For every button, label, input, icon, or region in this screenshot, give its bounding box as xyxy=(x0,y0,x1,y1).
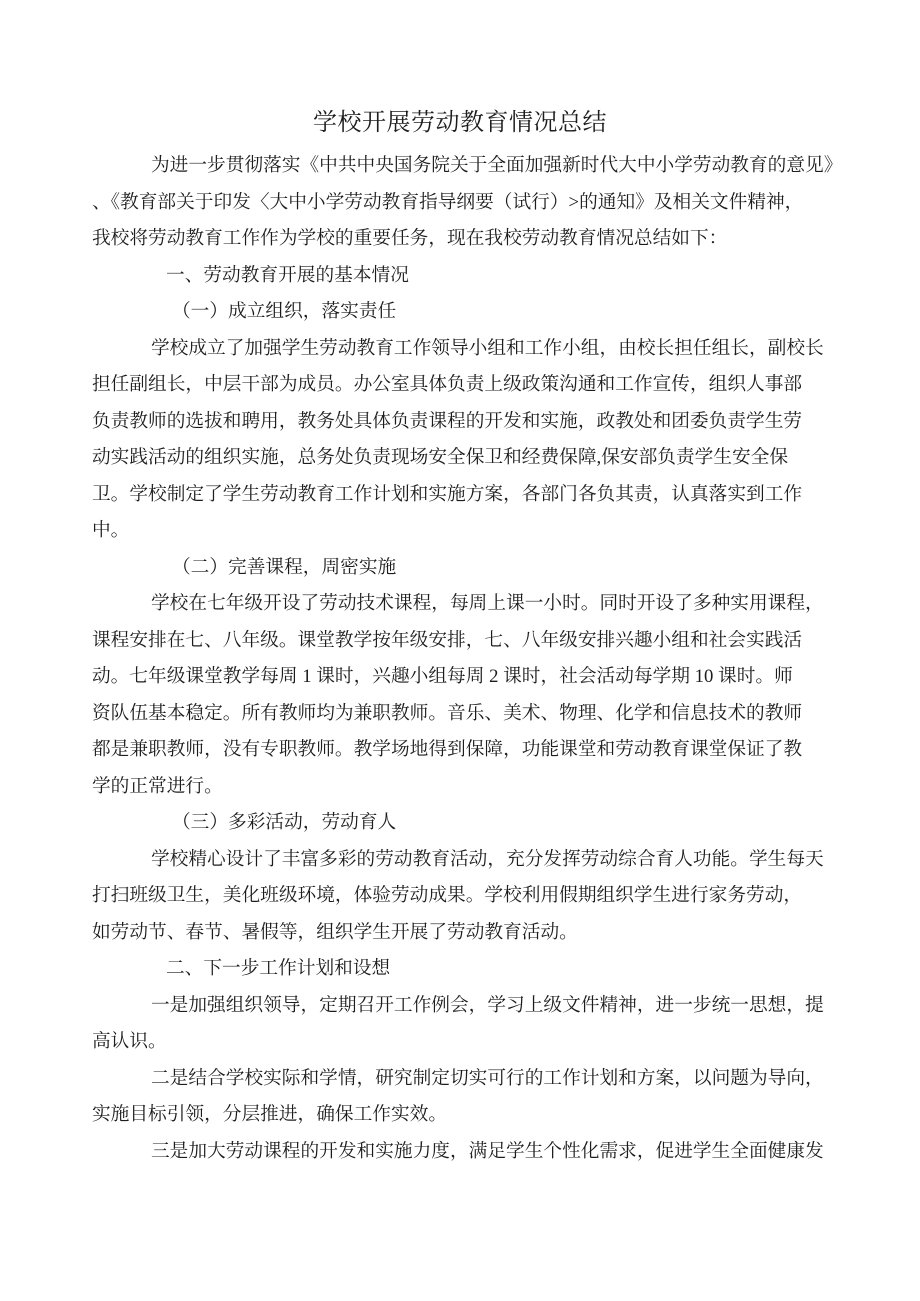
document-line: 学校成立了加强学生劳动教育工作领导小组和工作小组，由校长担任组长，副校长 xyxy=(92,331,821,368)
document-line: 如劳动节、春节、暑假等，组织学生开展了劳动教育活动。 xyxy=(92,915,821,952)
document-line: 二是结合学校实际和学情，研究制定切实可行的工作计划和方案，以问题为导向， xyxy=(92,1061,821,1098)
document-line: 动实践活动的组织实施，总务处负责现场安全保卫和经费保障,保安部负责学生安全保 xyxy=(92,440,821,477)
document-line: 实施目标引领，分层推进，确保工作实效。 xyxy=(92,1097,821,1134)
document-line: 中。 xyxy=(92,513,821,550)
document-line: 学校在七年级开设了劳动技术课程，每周上课一小时。同时开设了多种实用课程， xyxy=(92,586,821,623)
document-line: 学的正常进行。 xyxy=(92,769,821,806)
document-line: 我校将劳动教育工作作为学校的重要任务，现在我校劳动教育情况总结如下： xyxy=(92,221,821,258)
document-line: 资队伍基本稳定。所有教师均为兼职教师。音乐、美术、物理、化学和信息技术的教师 xyxy=(92,696,821,733)
document-line: 学校精心设计了丰富多彩的劳动教育活动，充分发挥劳动综合育人功能。学生每天 xyxy=(92,842,821,879)
document-line: 高认识。 xyxy=(92,1024,821,1061)
document-line: （一）成立组织，落实责任 xyxy=(92,294,821,331)
document-line: 卫。学校制定了学生劳动教育工作计划和实施方案，各部门各负其责，认真落实到工作 xyxy=(92,477,821,514)
document-line: 二、下一步工作计划和设想 xyxy=(92,951,821,988)
document-line: 动。七年级课堂教学每周 1 课时，兴趣小组每周 2 课时，社会活动每学期 10 … xyxy=(92,659,821,696)
document-line: 负责教师的选拔和聘用，教务处具体负责课程的开发和实施，政教处和团委负责学生劳 xyxy=(92,404,821,441)
document-line: （二）完善课程，周密实施 xyxy=(92,550,821,587)
document-line: 担任副组长，中层干部为成员。办公室具体负责上级政策沟通和工作宣传，组织人事部 xyxy=(92,367,821,404)
document-line: 三是加大劳动课程的开发和实施力度，满足学生个性化需求，促进学生全面健康发 xyxy=(92,1134,821,1171)
document-line: 都是兼职教师，没有专职教师。教学场地得到保障，功能课堂和劳动教育课堂保证了教 xyxy=(92,732,821,769)
document-line: 一、劳动教育开展的基本情况 xyxy=(92,258,821,295)
document-line: 一是加强组织领导，定期召开工作例会，学习上级文件精神，进一步统一思想，提 xyxy=(92,988,821,1025)
document-page: 学校开展劳动教育情况总结 为进一步贯彻落实《中共中央国务院关于全面加强新时代大中… xyxy=(0,0,920,1301)
document-body: 为进一步贯彻落实《中共中央国务院关于全面加强新时代大中小学劳动教育的意见》 、《… xyxy=(0,148,920,1170)
document-line: 为进一步贯彻落实《中共中央国务院关于全面加强新时代大中小学劳动教育的意见》 xyxy=(92,148,821,185)
document-line: 课程安排在七、八年级。课堂教学按年级安排，七、八年级安排兴趣小组和社会实践活 xyxy=(92,623,821,660)
document-title: 学校开展劳动教育情况总结 xyxy=(0,108,920,138)
document-line: 、《教育部关于印发〈大中小学劳动教育指导纲要（试行）>的通知》及相关文件精神， xyxy=(92,185,821,222)
document-line: 打扫班级卫生，美化班级环境，体验劳动成果。学校利用假期组织学生进行家务劳动， xyxy=(92,878,821,915)
document-line: （三）多彩活动，劳动育人 xyxy=(92,805,821,842)
